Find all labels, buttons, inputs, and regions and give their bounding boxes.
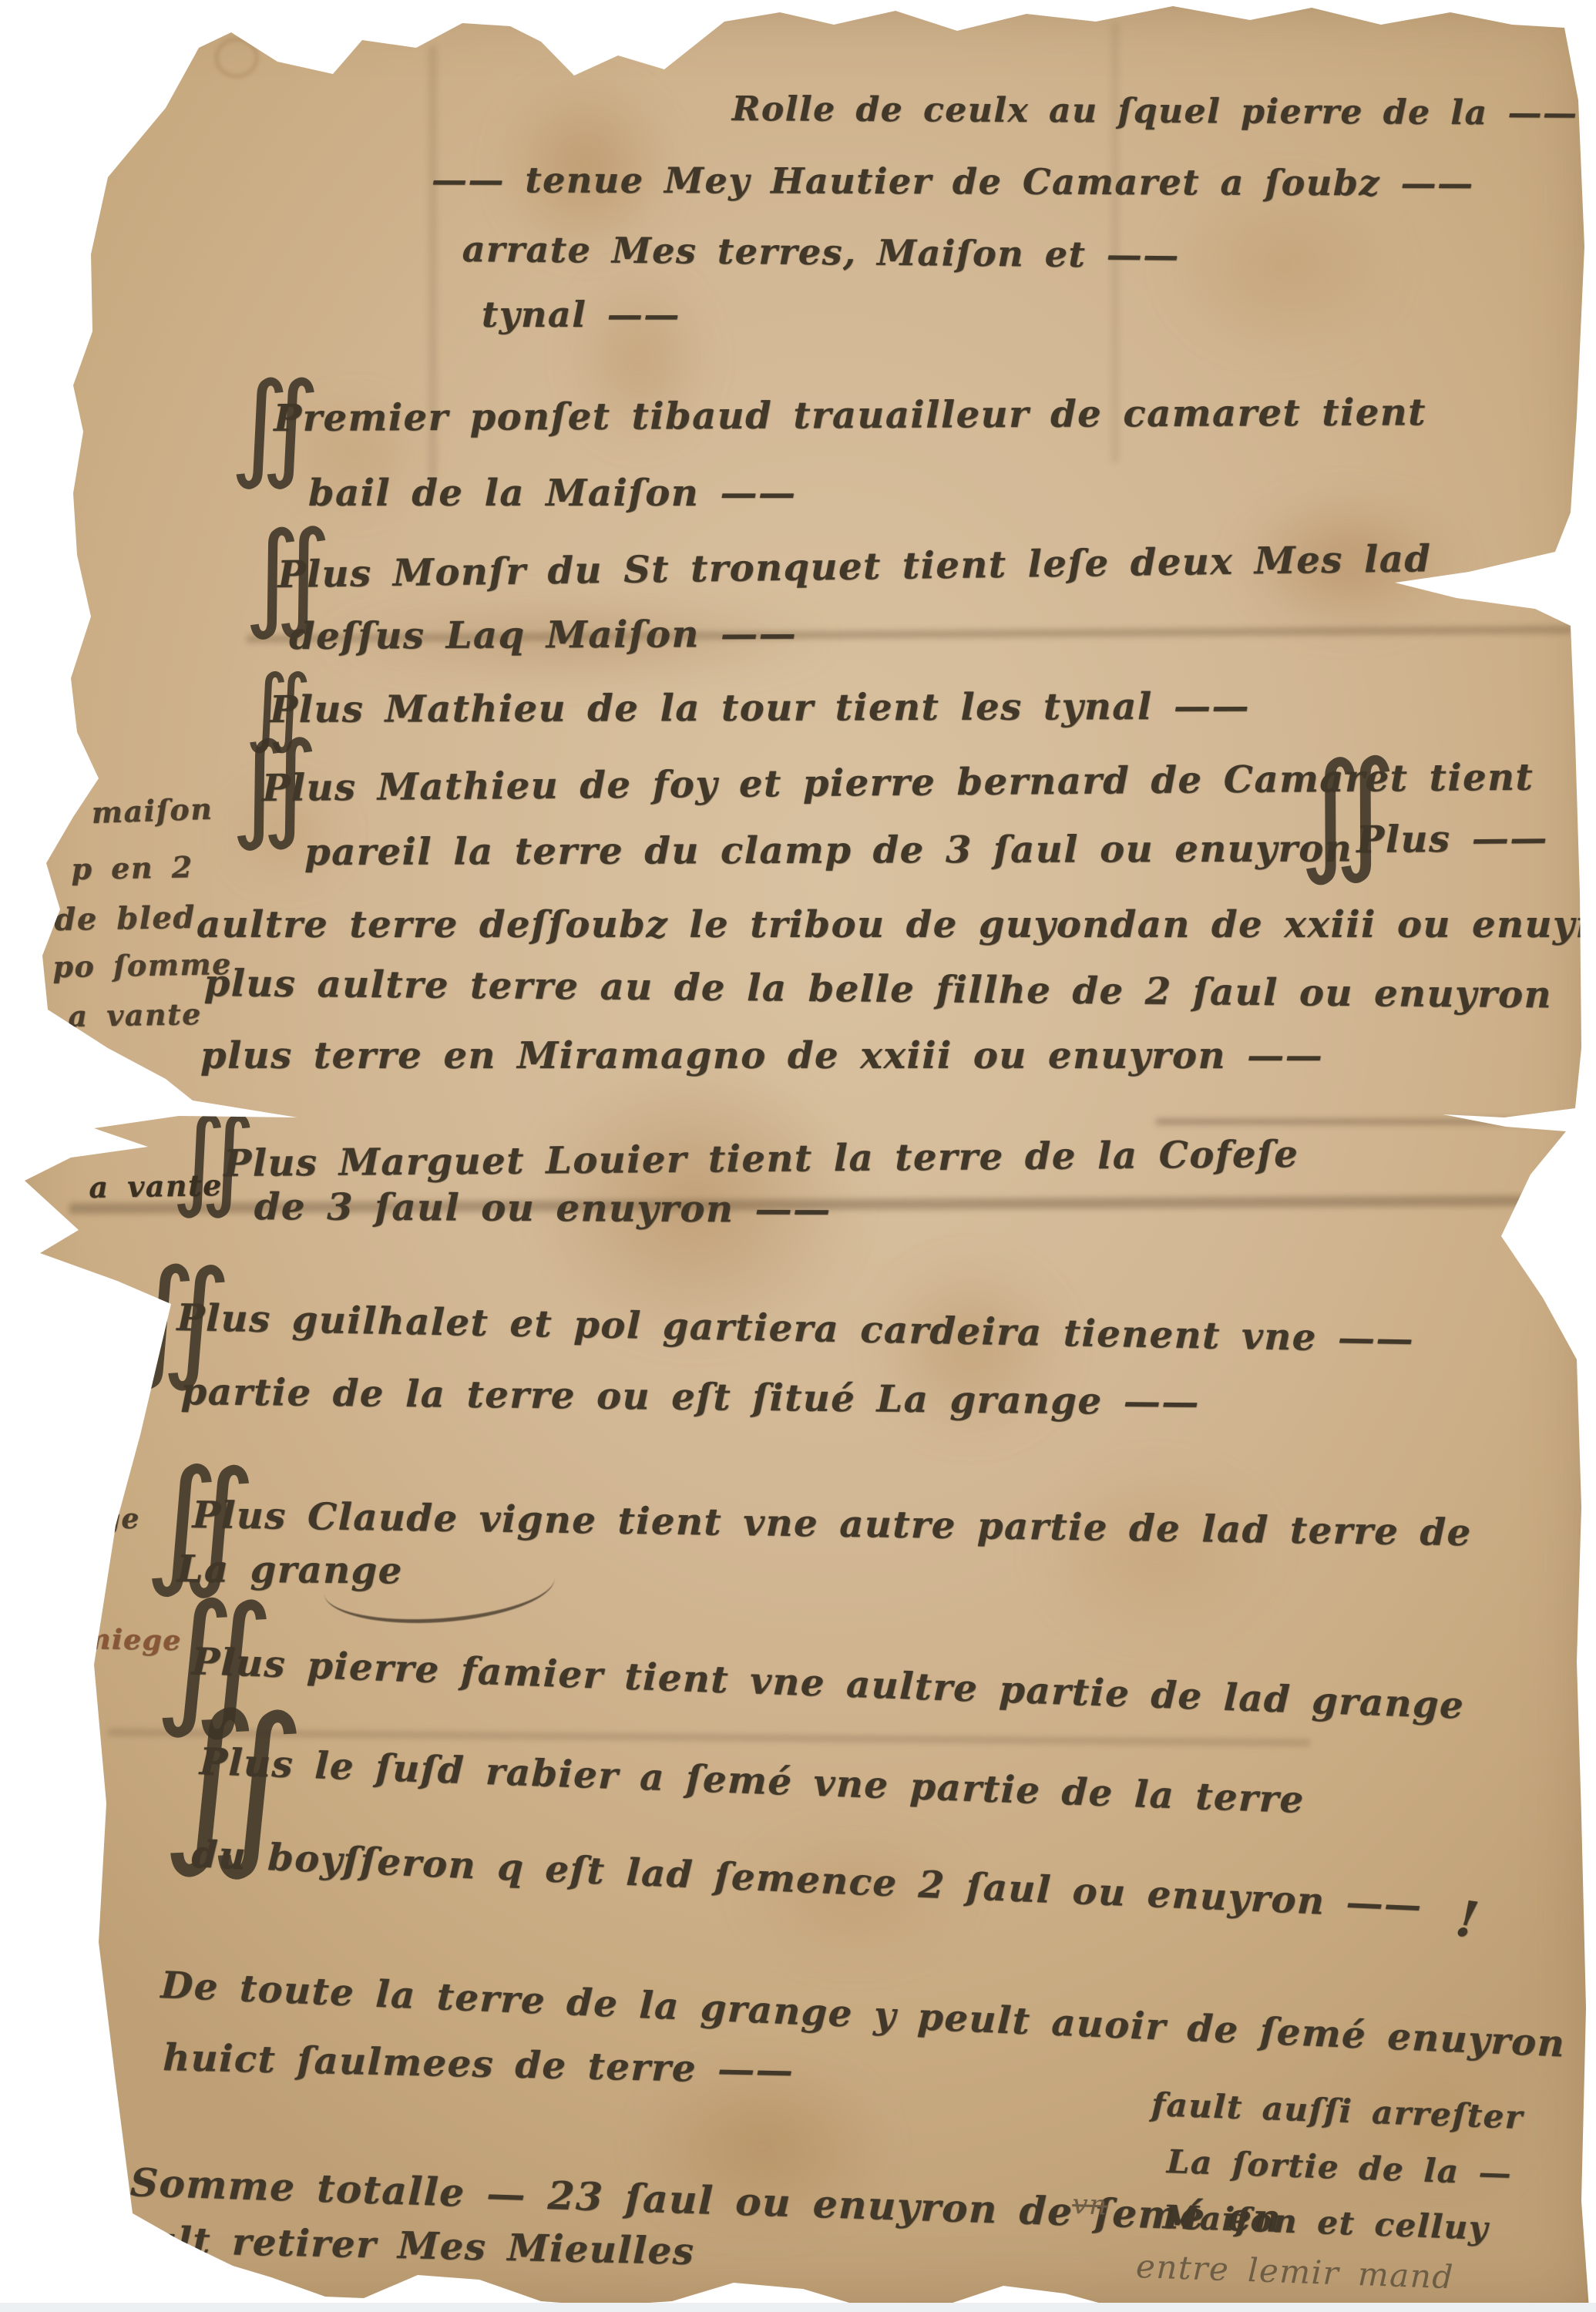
margin-note: de bled xyxy=(54,899,196,938)
manuscript-line: Plus Mathieu de foy et pierre bernard de… xyxy=(262,756,1534,810)
manuscript-line: Plus le ſuſd rabier a ſemé vne partie de… xyxy=(199,1740,1305,1822)
margin-note: a miege xyxy=(44,1622,182,1657)
manuscript-line: aultre terre deſſoubz le tribou de guyon… xyxy=(197,903,1596,946)
closing-note: Maiſon et celluy xyxy=(1162,2198,1489,2247)
margin-note: maiſon xyxy=(91,791,213,830)
manuscript-line: Plus Mathieu de la tour tient les tynal … xyxy=(270,685,1250,731)
flourish-mark: ! xyxy=(1453,1890,1483,1950)
crossed-out-fragment: vn xyxy=(1072,2189,1109,2222)
scanner-edge-strip xyxy=(0,2303,1596,2312)
manuscript-line: de 3 ſaul ou enuyron —— xyxy=(254,1185,832,1232)
manuscript-line: du boyſſeron q eſt lad ſemence 2 ſaul ou… xyxy=(191,1833,1423,1927)
manuscript-line: tynal —— xyxy=(482,294,680,335)
manuscript-line: huict ſaulmees de terre —— xyxy=(163,2036,795,2092)
margin-note: a vante xyxy=(89,1168,223,1205)
manuscript-line: arrate Mes terres, Maiſon et —— xyxy=(462,228,1180,276)
margin-note: po ſomme xyxy=(52,946,232,984)
margin-note: p en 2 xyxy=(71,849,193,886)
closing-note: fault auſſi arreſter xyxy=(1151,2085,1524,2136)
manuscript-line: bail de la Maiſon —— xyxy=(308,472,796,515)
fold-crease xyxy=(1156,1119,1572,1124)
manuscript-line: Plus Claude vigne tient vne autre partie… xyxy=(192,1494,1472,1554)
manuscript-line: plus terre en Miramagno de xxiii ou enuy… xyxy=(200,1034,1323,1077)
margin-note: a vante xyxy=(68,996,202,1033)
manuscript-line: Plus guilhalet et pol gartiera cardeira … xyxy=(176,1296,1414,1361)
closing-note: entre lemir mand xyxy=(1135,2247,1454,2296)
manuscript-line: pareil la terre du clamp de 3 ſaul ou en… xyxy=(304,827,1352,874)
manuscript-line: plus aultre terre au de la belle fillhe … xyxy=(204,962,1553,1017)
manuscript-scan: Rolle de ceulx au ſquel pierre de la —— … xyxy=(0,0,1596,2312)
manuscript-line: Plus pierre famier tient vne aultre part… xyxy=(191,1640,1465,1728)
stain xyxy=(986,1426,1326,1680)
manuscript-line: —— tenue Mey Hautier de Camaret a ſoubz … xyxy=(432,159,1474,204)
manuscript-line: Plus Monſr du St tronquet tient leſe deu… xyxy=(277,537,1432,596)
manuscript-line: Plus Marguet Louier tient la terre de la… xyxy=(223,1133,1299,1185)
manuscript-line: fault retirer Mes Mieulles xyxy=(107,2218,695,2273)
manuscript-line: deſſus Laq Maiſon —— xyxy=(289,613,797,658)
closing-note: La ſortie de la — xyxy=(1166,2142,1513,2193)
manuscript-line: Rolle de ceulx au ſquel pierre de la —— xyxy=(732,89,1578,133)
manuscript-line: Plus —— xyxy=(1356,817,1548,862)
ring-stain xyxy=(214,37,259,79)
margin-note: a Miege xyxy=(9,1296,148,1329)
manuscript-line: partie de la terre ou eſt ſitué La grang… xyxy=(180,1370,1200,1424)
parchment-sheet: Rolle de ceulx au ſquel pierre de la —— … xyxy=(0,0,1596,2312)
manuscript-line: Premier ponſet tibaud trauailleur de cam… xyxy=(274,391,1426,440)
margin-note: a Miege xyxy=(2,1503,140,1535)
